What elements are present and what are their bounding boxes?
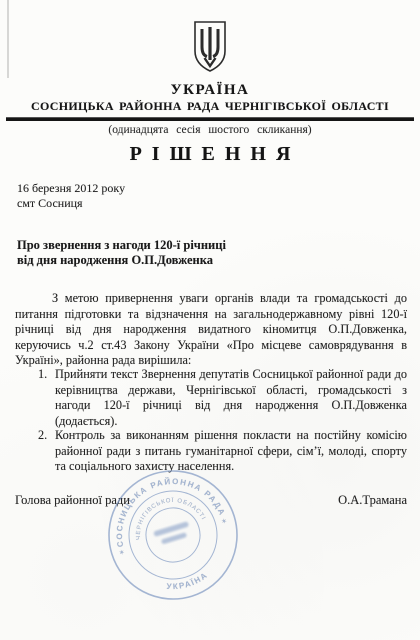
subject-line: від дня народження О.П.Довженка	[17, 253, 226, 268]
document-page: УКРАЇНА СОСНИЦЬКА РАЙОННА РАДА ЧЕРНІГІВС…	[0, 0, 420, 640]
country-title: УКРАЇНА	[0, 82, 420, 99]
subject-line: Про звернення з нагоди 120-ї річниці	[17, 238, 226, 253]
document-date: 16 березня 2012 року	[17, 181, 125, 196]
council-name: СОСНИЦЬКА РАЙОННА РАДА ЧЕРНІГІВСЬКОЇ ОБЛ…	[0, 99, 420, 114]
signature-name: О.А.Трамана	[338, 493, 407, 508]
seal-star-icon: ✶	[118, 548, 126, 557]
tryzub-emblem-icon	[192, 20, 228, 74]
seal-center-marks	[153, 521, 192, 546]
subject-block: Про звернення з нагоди 120-ї річниці від…	[17, 238, 226, 268]
seal-star-icon: ✶	[220, 517, 228, 526]
header-divider	[6, 117, 414, 121]
item-number: 2.	[38, 428, 47, 444]
list-item: 1. Прийняти текст Звернення депутатів Со…	[38, 367, 407, 429]
item-text: Прийняти текст Звернення депутатів Сосни…	[55, 367, 407, 428]
session-line: (одинадцята сесія шостого скликання)	[0, 124, 420, 136]
document-title: РІШЕННЯ	[0, 143, 420, 166]
scan-edge-artifact	[7, 0, 9, 78]
svg-text:СОСНИЦЬКА РАЙОННА РАДА: СОСНИЦЬКА РАЙОННА РАДА	[101, 462, 228, 548]
item-number: 1.	[38, 367, 47, 383]
official-seal-stamp: СОСНИЦЬКА РАЙОННА РАДА УКРАЇНА ЧЕРНІГІВС…	[100, 462, 246, 608]
document-place: смт Сосниця	[17, 196, 83, 211]
preamble-paragraph: З метою привернення уваги органів влади …	[15, 291, 407, 369]
